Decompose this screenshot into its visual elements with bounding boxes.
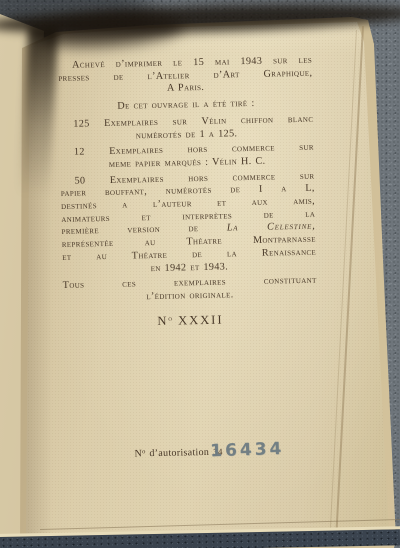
numero-abbrev: N <box>157 313 168 327</box>
colophon-line: De cet ouvrage il a été tiré : <box>59 97 313 115</box>
authorization-inner: No d’autorisation3416434 <box>134 446 284 460</box>
book-photo: Achevé d’imprimer le 15 mai 1943 sur les… <box>0 0 400 548</box>
numero-superscript: o <box>142 449 146 456</box>
copy-number-value: XXXII <box>178 312 224 327</box>
colophon-text: Achevé d’imprimer le 15 mai 1943 sur les… <box>58 55 320 463</box>
copy-number: No XXXII <box>63 309 317 329</box>
authorization-stamp: 16434 <box>210 443 285 458</box>
numero-superscript: o <box>168 314 172 322</box>
authorization-label: d’autorisation <box>149 447 209 459</box>
book-title-italic: La Celestine, <box>227 221 316 234</box>
